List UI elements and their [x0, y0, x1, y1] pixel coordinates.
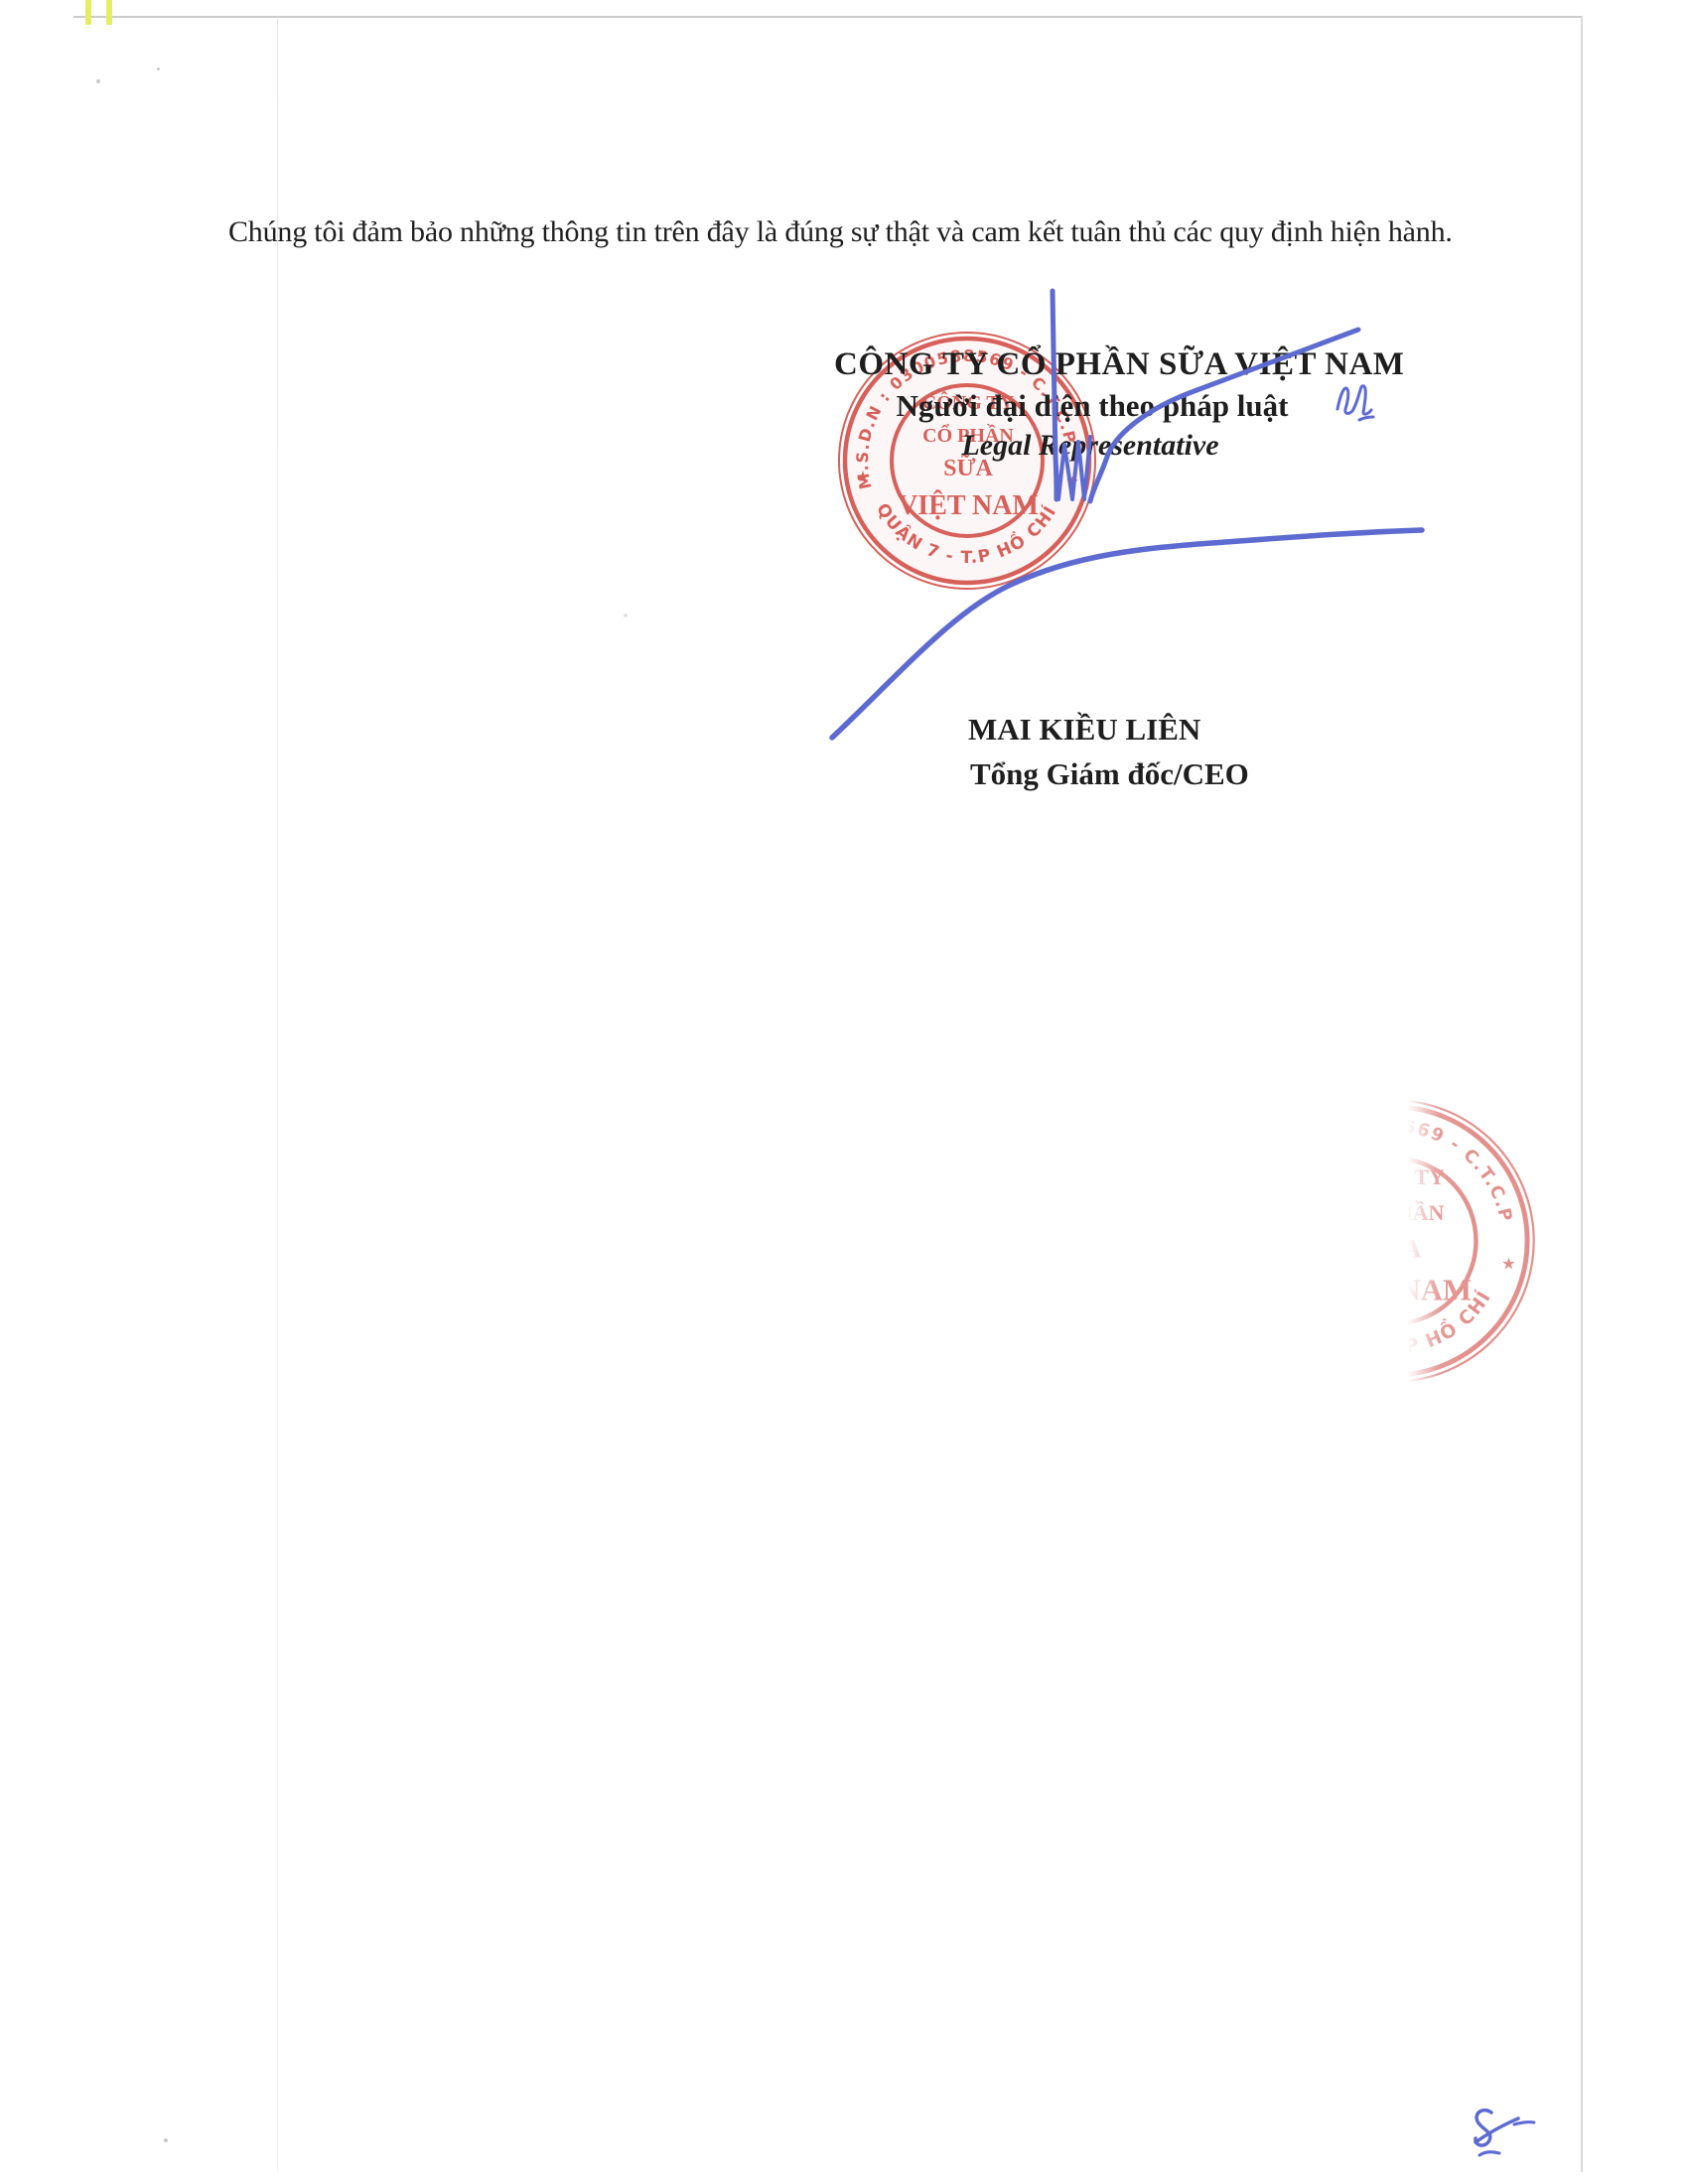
seal-company-line1: CÔNG TY [1343, 1164, 1445, 1189]
signer-title: Tổng Giám đốc/CEO [970, 756, 1249, 792]
commitment-paragraph: Chúng tôi đảm bảo những thông tin trên đ… [228, 208, 1455, 255]
scanned-document-page: Chúng tôi đảm bảo những thông tin trên đ… [0, 0, 1688, 2184]
highlight-tick-mark [106, 0, 112, 25]
seal-star-right-icon: ★ [1501, 1255, 1516, 1274]
seal-company-line3: SỮA [1367, 1232, 1422, 1263]
dust-speck [164, 2138, 168, 2142]
page-right-edge-line [1581, 16, 1583, 2172]
seal-company-line4: VIỆT NAM [1317, 1272, 1472, 1306]
page-top-edge-line [73, 16, 1583, 18]
dust-speck [96, 79, 100, 83]
handwritten-signature [814, 278, 1450, 754]
highlight-tick-mark [85, 0, 91, 25]
scan-artifact-line [277, 17, 278, 2171]
handwritten-initials [1445, 2075, 1564, 2174]
partial-company-seal: M.S.D.N : 0300588569 - C.T.C.P QUẬN 7 - … [1249, 1097, 1537, 1385]
dust-speck [157, 68, 160, 70]
dust-speck [624, 614, 628, 617]
seal-company-line2: CỔ PHẦN [1344, 1200, 1445, 1225]
